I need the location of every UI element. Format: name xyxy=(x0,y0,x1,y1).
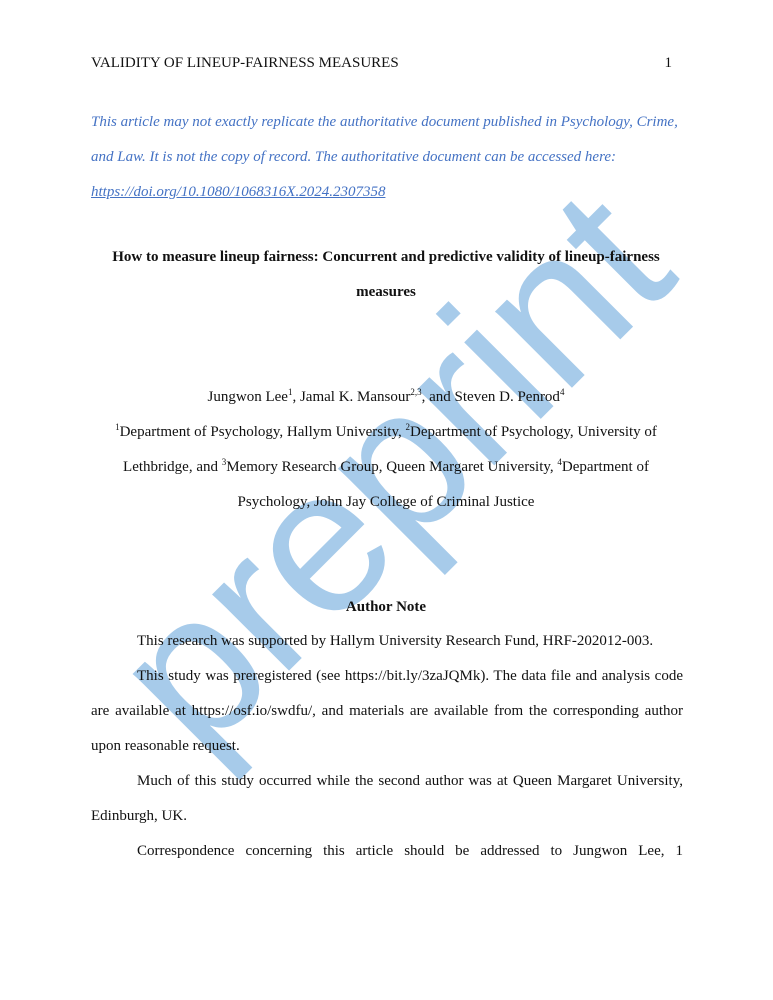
disclaimer-text: This article may not exactly replicate t… xyxy=(91,114,678,165)
author-note-body: This research was supported by Hallym Un… xyxy=(91,624,683,869)
affiliation: Memory Research Group, Queen Margaret Un… xyxy=(226,459,557,475)
affiliations: 1Department of Psychology, Hallym Univer… xyxy=(91,415,681,520)
author-superscript: 4 xyxy=(560,387,565,397)
title-line-2: measures xyxy=(91,275,681,310)
author-name: Jamal K. Mansour xyxy=(300,389,410,405)
title-line-1: How to measure lineup fairness: Concurre… xyxy=(91,240,681,275)
author-list: Jungwon Lee1, Jamal K. Mansour2,3, and S… xyxy=(91,380,681,415)
running-head-title: VALIDITY OF LINEUP-FAIRNESS MEASURES xyxy=(91,55,399,72)
author-note-paragraph: Correspondence concerning this article s… xyxy=(91,834,683,869)
author-name: Steven D. Penrod xyxy=(455,389,560,405)
author-note-paragraph: Much of this study occurred while the se… xyxy=(91,764,683,834)
running-head: VALIDITY OF LINEUP-FAIRNESS MEASURES 1 xyxy=(91,55,672,72)
document-page: preprint VALIDITY OF LINEUP-FAIRNESS MEA… xyxy=(0,0,773,1000)
preprint-disclaimer: This article may not exactly replicate t… xyxy=(91,105,691,210)
author-separator: , xyxy=(292,389,300,405)
author-note-paragraph: This research was supported by Hallym Un… xyxy=(91,624,683,659)
doi-link[interactable]: https://doi.org/10.1080/1068316X.2024.23… xyxy=(91,184,385,200)
page-number: 1 xyxy=(665,55,673,72)
paper-title: How to measure lineup fairness: Concurre… xyxy=(91,240,681,310)
author-superscript: 2,3 xyxy=(410,387,421,397)
author-note-paragraph: This study was preregistered (see https:… xyxy=(91,659,683,764)
author-note-heading: Author Note xyxy=(91,590,681,625)
affiliation: Department of Psychology, Hallym Univers… xyxy=(120,424,406,440)
author-separator: , and xyxy=(422,389,455,405)
author-block: Jungwon Lee1, Jamal K. Mansour2,3, and S… xyxy=(91,380,681,520)
author-name: Jungwon Lee xyxy=(208,389,288,405)
